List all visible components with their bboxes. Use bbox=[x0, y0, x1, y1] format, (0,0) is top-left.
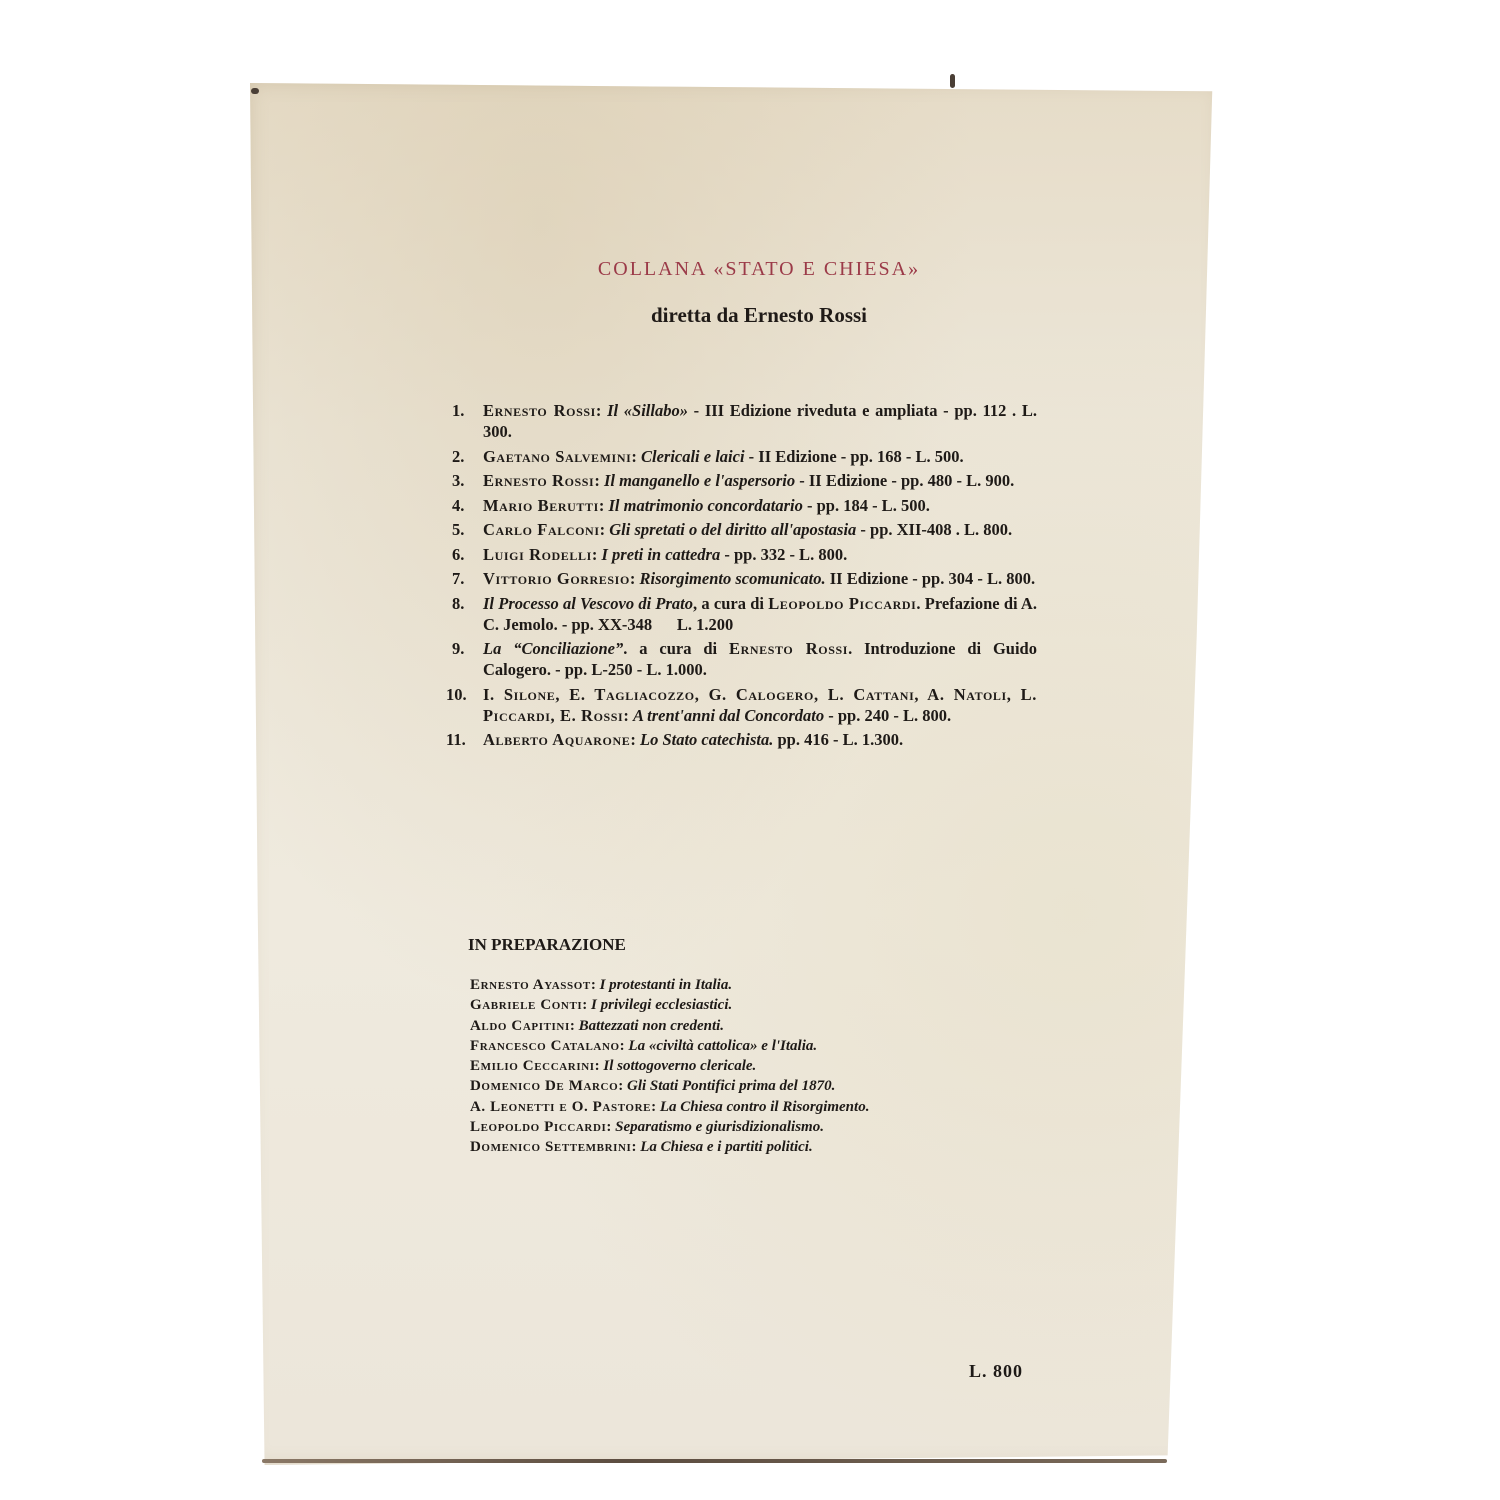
book-entry: 10.I. Silone, E. Tagliacozzo, G. Caloger… bbox=[452, 684, 1037, 726]
cover-price: L. 800 bbox=[969, 1361, 1023, 1382]
entry-author: Gaetano Salvemini bbox=[483, 447, 631, 466]
prep-entry: Francesco Catalano: La «civiltà cattolic… bbox=[470, 1036, 1070, 1056]
series-title: COLLANA «STATO E CHIESA» bbox=[0, 258, 1500, 281]
prep-entry: Aldo Capitini: Battezzati non credenti. bbox=[470, 1016, 1070, 1036]
entry-title: Il manganello e l'aspersorio bbox=[604, 471, 795, 490]
entry-title: Il Processo al Vescovo di Prato bbox=[483, 594, 693, 613]
entry-number: 8. bbox=[452, 593, 478, 614]
in-preparation-heading: IN PREPARAZIONE bbox=[468, 935, 626, 955]
entry-number: 7. bbox=[452, 568, 478, 589]
book-entry: 4.Mario Berutti: Il matrimonio concordat… bbox=[452, 495, 1037, 516]
in-preparation-list: Ernesto Ayassot: I protestanti in Italia… bbox=[470, 975, 1070, 1158]
book-entry: 2.Gaetano Salvemini: Clericali e laici -… bbox=[452, 446, 1037, 467]
book-entry: 5.Carlo Falconi: Gli spretati o del diri… bbox=[452, 519, 1037, 540]
book-entry: 9.La “Conciliazione”. a cura di Ernesto … bbox=[452, 638, 1037, 680]
entry-title: Lo Stato catechista. bbox=[640, 730, 773, 749]
book-entry: 11.Alberto Aquarone: Lo Stato catechista… bbox=[452, 729, 1037, 750]
prep-entry: Domenico Settembrini: La Chiesa e i part… bbox=[470, 1137, 1070, 1157]
published-books-list: 1.Ernesto Rossi: Il «Sillabo» - III Ediz… bbox=[452, 400, 1037, 754]
prep-entry: Domenico De Marco: Gli Stati Pontifici p… bbox=[470, 1076, 1070, 1096]
entry-details: - pp. 184 - L. 500. bbox=[803, 496, 930, 515]
entry-number: 4. bbox=[452, 495, 478, 516]
entry-details: - pp. XII-408 . L. 800. bbox=[856, 520, 1012, 539]
entry-title: Il «Sillabo» bbox=[607, 401, 688, 420]
entry-author: Vittorio Gorresio bbox=[483, 569, 630, 588]
entry-title: Il matrimonio concordatario bbox=[608, 496, 802, 515]
prep-entry: Gabriele Conti: I privilegi ecclesiastic… bbox=[470, 995, 1070, 1015]
entry-author: Mario Berutti bbox=[483, 496, 599, 515]
entry-author: Alberto Aquarone bbox=[483, 730, 630, 749]
prep-entry: Ernesto Ayassot: I protestanti in Italia… bbox=[470, 975, 1070, 995]
book-entry: 8.Il Processo al Vescovo di Prato, a cur… bbox=[452, 593, 1037, 635]
entry-title: La “Conciliazione” bbox=[483, 639, 623, 658]
entry-details: - II Edizione - pp. 168 - L. 500. bbox=[745, 447, 964, 466]
prep-entry: Emilio Ceccarini: Il sottogoverno cleric… bbox=[470, 1056, 1070, 1076]
prep-entry: Leopoldo Piccardi: Separatismo e giurisd… bbox=[470, 1117, 1070, 1137]
entry-curator: Ernesto Rossi bbox=[729, 639, 848, 658]
entry-author: Luigi Rodelli bbox=[483, 545, 592, 564]
series-editor: diretta da Ernesto Rossi bbox=[0, 303, 1500, 328]
entry-details: pp. 416 - L. 1.300. bbox=[773, 730, 903, 749]
entry-details: - II Edizione - pp. 480 - L. 900. bbox=[795, 471, 1014, 490]
entry-author: Carlo Falconi bbox=[483, 520, 600, 539]
entry-title: Clericali e laici bbox=[641, 447, 745, 466]
entry-number: 5. bbox=[452, 519, 478, 540]
cover-text: COLLANA «STATO E CHIESA» diretta da Erne… bbox=[0, 0, 1500, 1500]
entry-author: Ernesto Rossi bbox=[483, 471, 594, 490]
entry-number: 9. bbox=[452, 638, 478, 659]
book-entry: 6.Luigi Rodelli: I preti in cattedra - p… bbox=[452, 544, 1037, 565]
entry-details: - pp. 332 - L. 800. bbox=[720, 545, 847, 564]
entry-number: 3. bbox=[452, 470, 478, 491]
entry-details: II Edizione - pp. 304 - L. 800. bbox=[826, 569, 1036, 588]
entry-details: - pp. 240 - L. 800. bbox=[824, 706, 951, 725]
entry-title: Gli spretati o del diritto all'apostasia bbox=[609, 520, 856, 539]
entry-number: 1. bbox=[452, 400, 478, 421]
entry-title: A trent'anni dal Concordato bbox=[633, 706, 824, 725]
entry-number: 2. bbox=[452, 446, 478, 467]
entry-title: I preti in cattedra bbox=[602, 545, 721, 564]
book-entry: 1.Ernesto Rossi: Il «Sillabo» - III Ediz… bbox=[452, 400, 1037, 442]
entry-number: 6. bbox=[452, 544, 478, 565]
entry-title: Risorgimento scomunicato. bbox=[640, 569, 826, 588]
book-entry: 7.Vittorio Gorresio: Risorgimento scomun… bbox=[452, 568, 1037, 589]
entry-number: 11. bbox=[446, 729, 472, 750]
prep-entry: A. Leonetti e O. Pastore: La Chiesa cont… bbox=[470, 1097, 1070, 1117]
entry-number: 10. bbox=[446, 684, 472, 705]
book-entry: 3.Ernesto Rossi: Il manganello e l'asper… bbox=[452, 470, 1037, 491]
entry-author: Ernesto Rossi bbox=[483, 401, 596, 420]
entry-curator: Leopoldo Piccardi bbox=[768, 594, 916, 613]
